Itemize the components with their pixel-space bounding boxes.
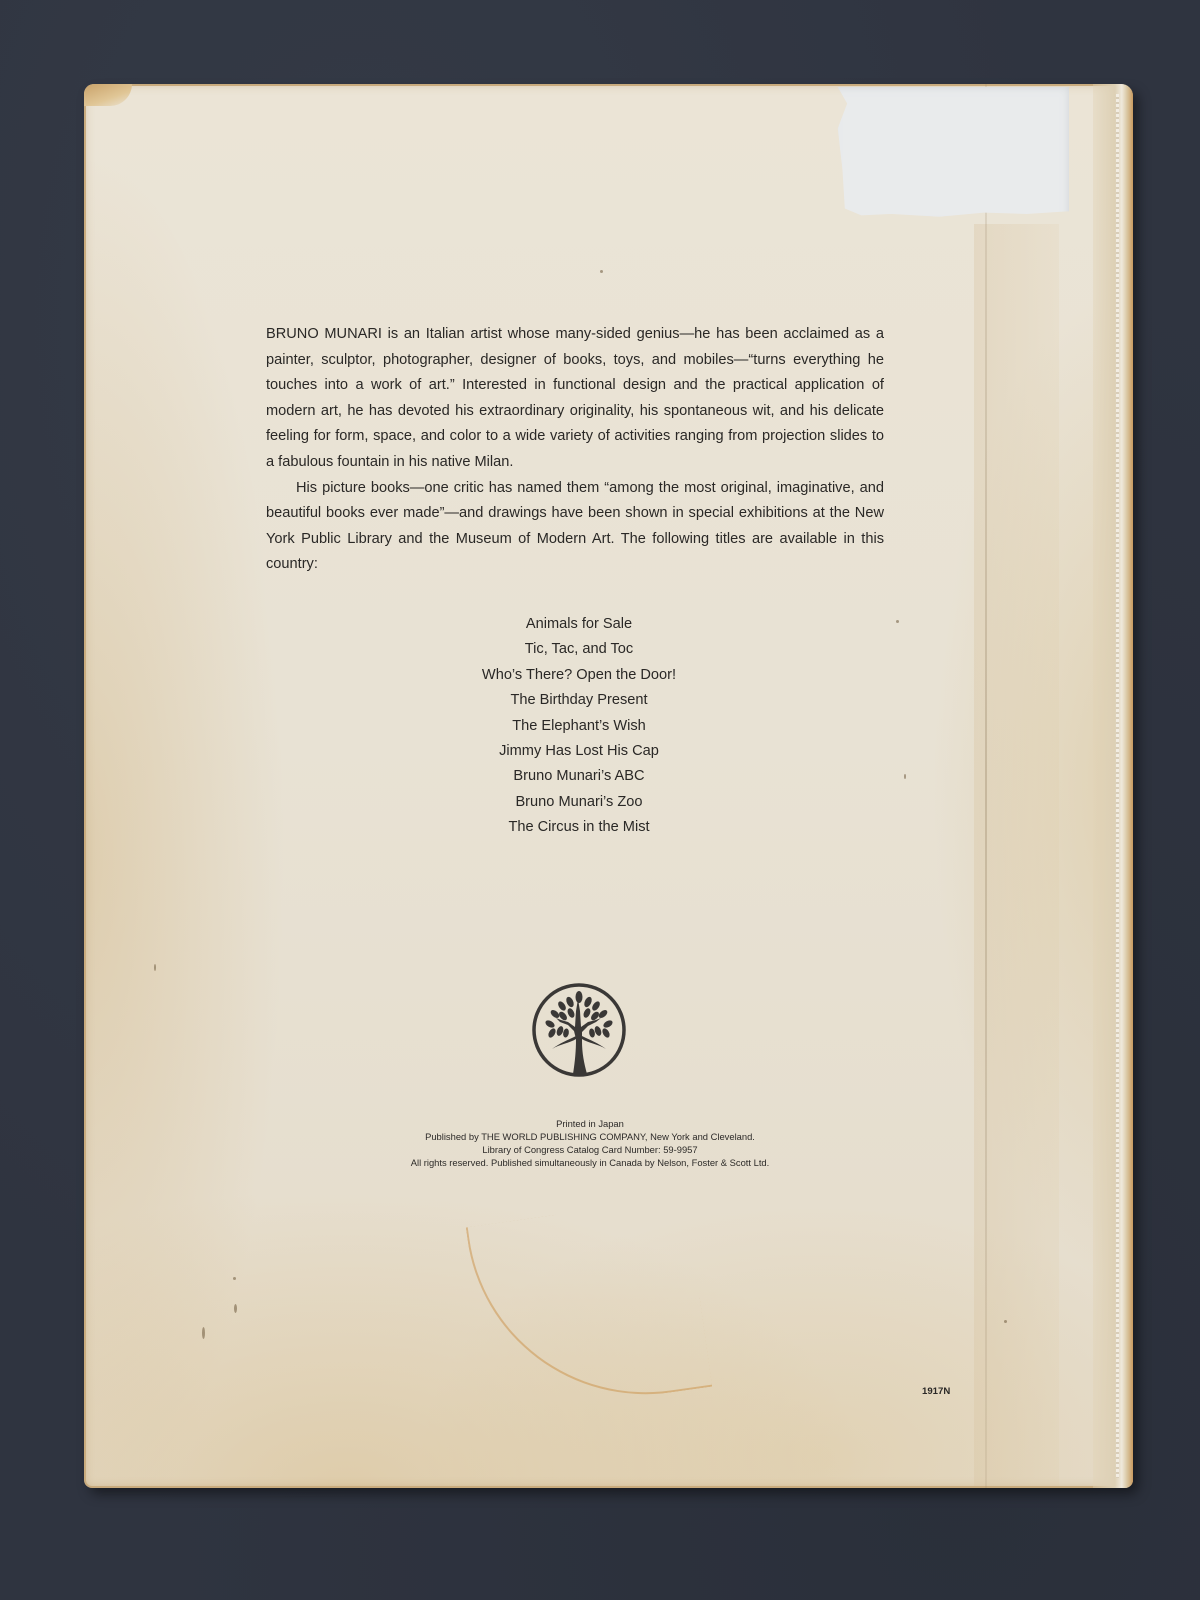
speck	[234, 1304, 237, 1313]
title-item: Jimmy Has Lost His Cap	[459, 739, 699, 764]
imprint-line: All rights reserved. Published simultane…	[330, 1156, 850, 1169]
title-item: Bruno Munari’s ABC	[459, 764, 699, 789]
torn-label-sticker	[833, 87, 1069, 225]
cover-crease	[985, 84, 987, 1488]
title-item: The Birthday Present	[459, 688, 699, 713]
tree-in-circle-icon	[530, 981, 628, 1079]
publisher-imprint: Printed in Japan Published by THE WORLD …	[330, 1117, 850, 1169]
catalog-code: 1917N	[922, 1386, 950, 1397]
water-stain	[466, 1196, 713, 1417]
title-item: The Elephant’s Wish	[459, 714, 699, 739]
title-item: Animals for Sale	[459, 612, 699, 637]
speck	[233, 1277, 236, 1280]
bio-paragraph-1: BRUNO MUNARI is an Italian artist whose …	[266, 322, 884, 476]
title-item: Tic, Tac, and Toc	[459, 637, 699, 662]
speck	[202, 1327, 205, 1339]
speck	[904, 774, 906, 779]
speck	[154, 964, 156, 971]
corner-wear	[84, 84, 132, 106]
speck	[600, 270, 603, 273]
book-spine-edge	[1093, 84, 1133, 1488]
available-titles-list: Animals for Sale Tic, Tac, and Toc Who’s…	[459, 612, 699, 841]
imprint-line: Library of Congress Catalog Card Number:…	[330, 1143, 850, 1156]
imprint-line: Printed in Japan	[330, 1117, 850, 1130]
imprint-line: Published by THE WORLD PUBLISHING COMPAN…	[330, 1130, 850, 1143]
title-item: Who’s There? Open the Door!	[459, 663, 699, 688]
speck	[896, 620, 899, 623]
title-item: Bruno Munari’s Zoo	[459, 790, 699, 815]
title-item: The Circus in the Mist	[459, 815, 699, 840]
bio-paragraph-2: His picture books—one critic has named t…	[266, 476, 884, 578]
speck	[1004, 1320, 1007, 1323]
author-bio: BRUNO MUNARI is an Italian artist whose …	[266, 322, 884, 578]
cloth-binding-strip	[1116, 94, 1119, 1478]
